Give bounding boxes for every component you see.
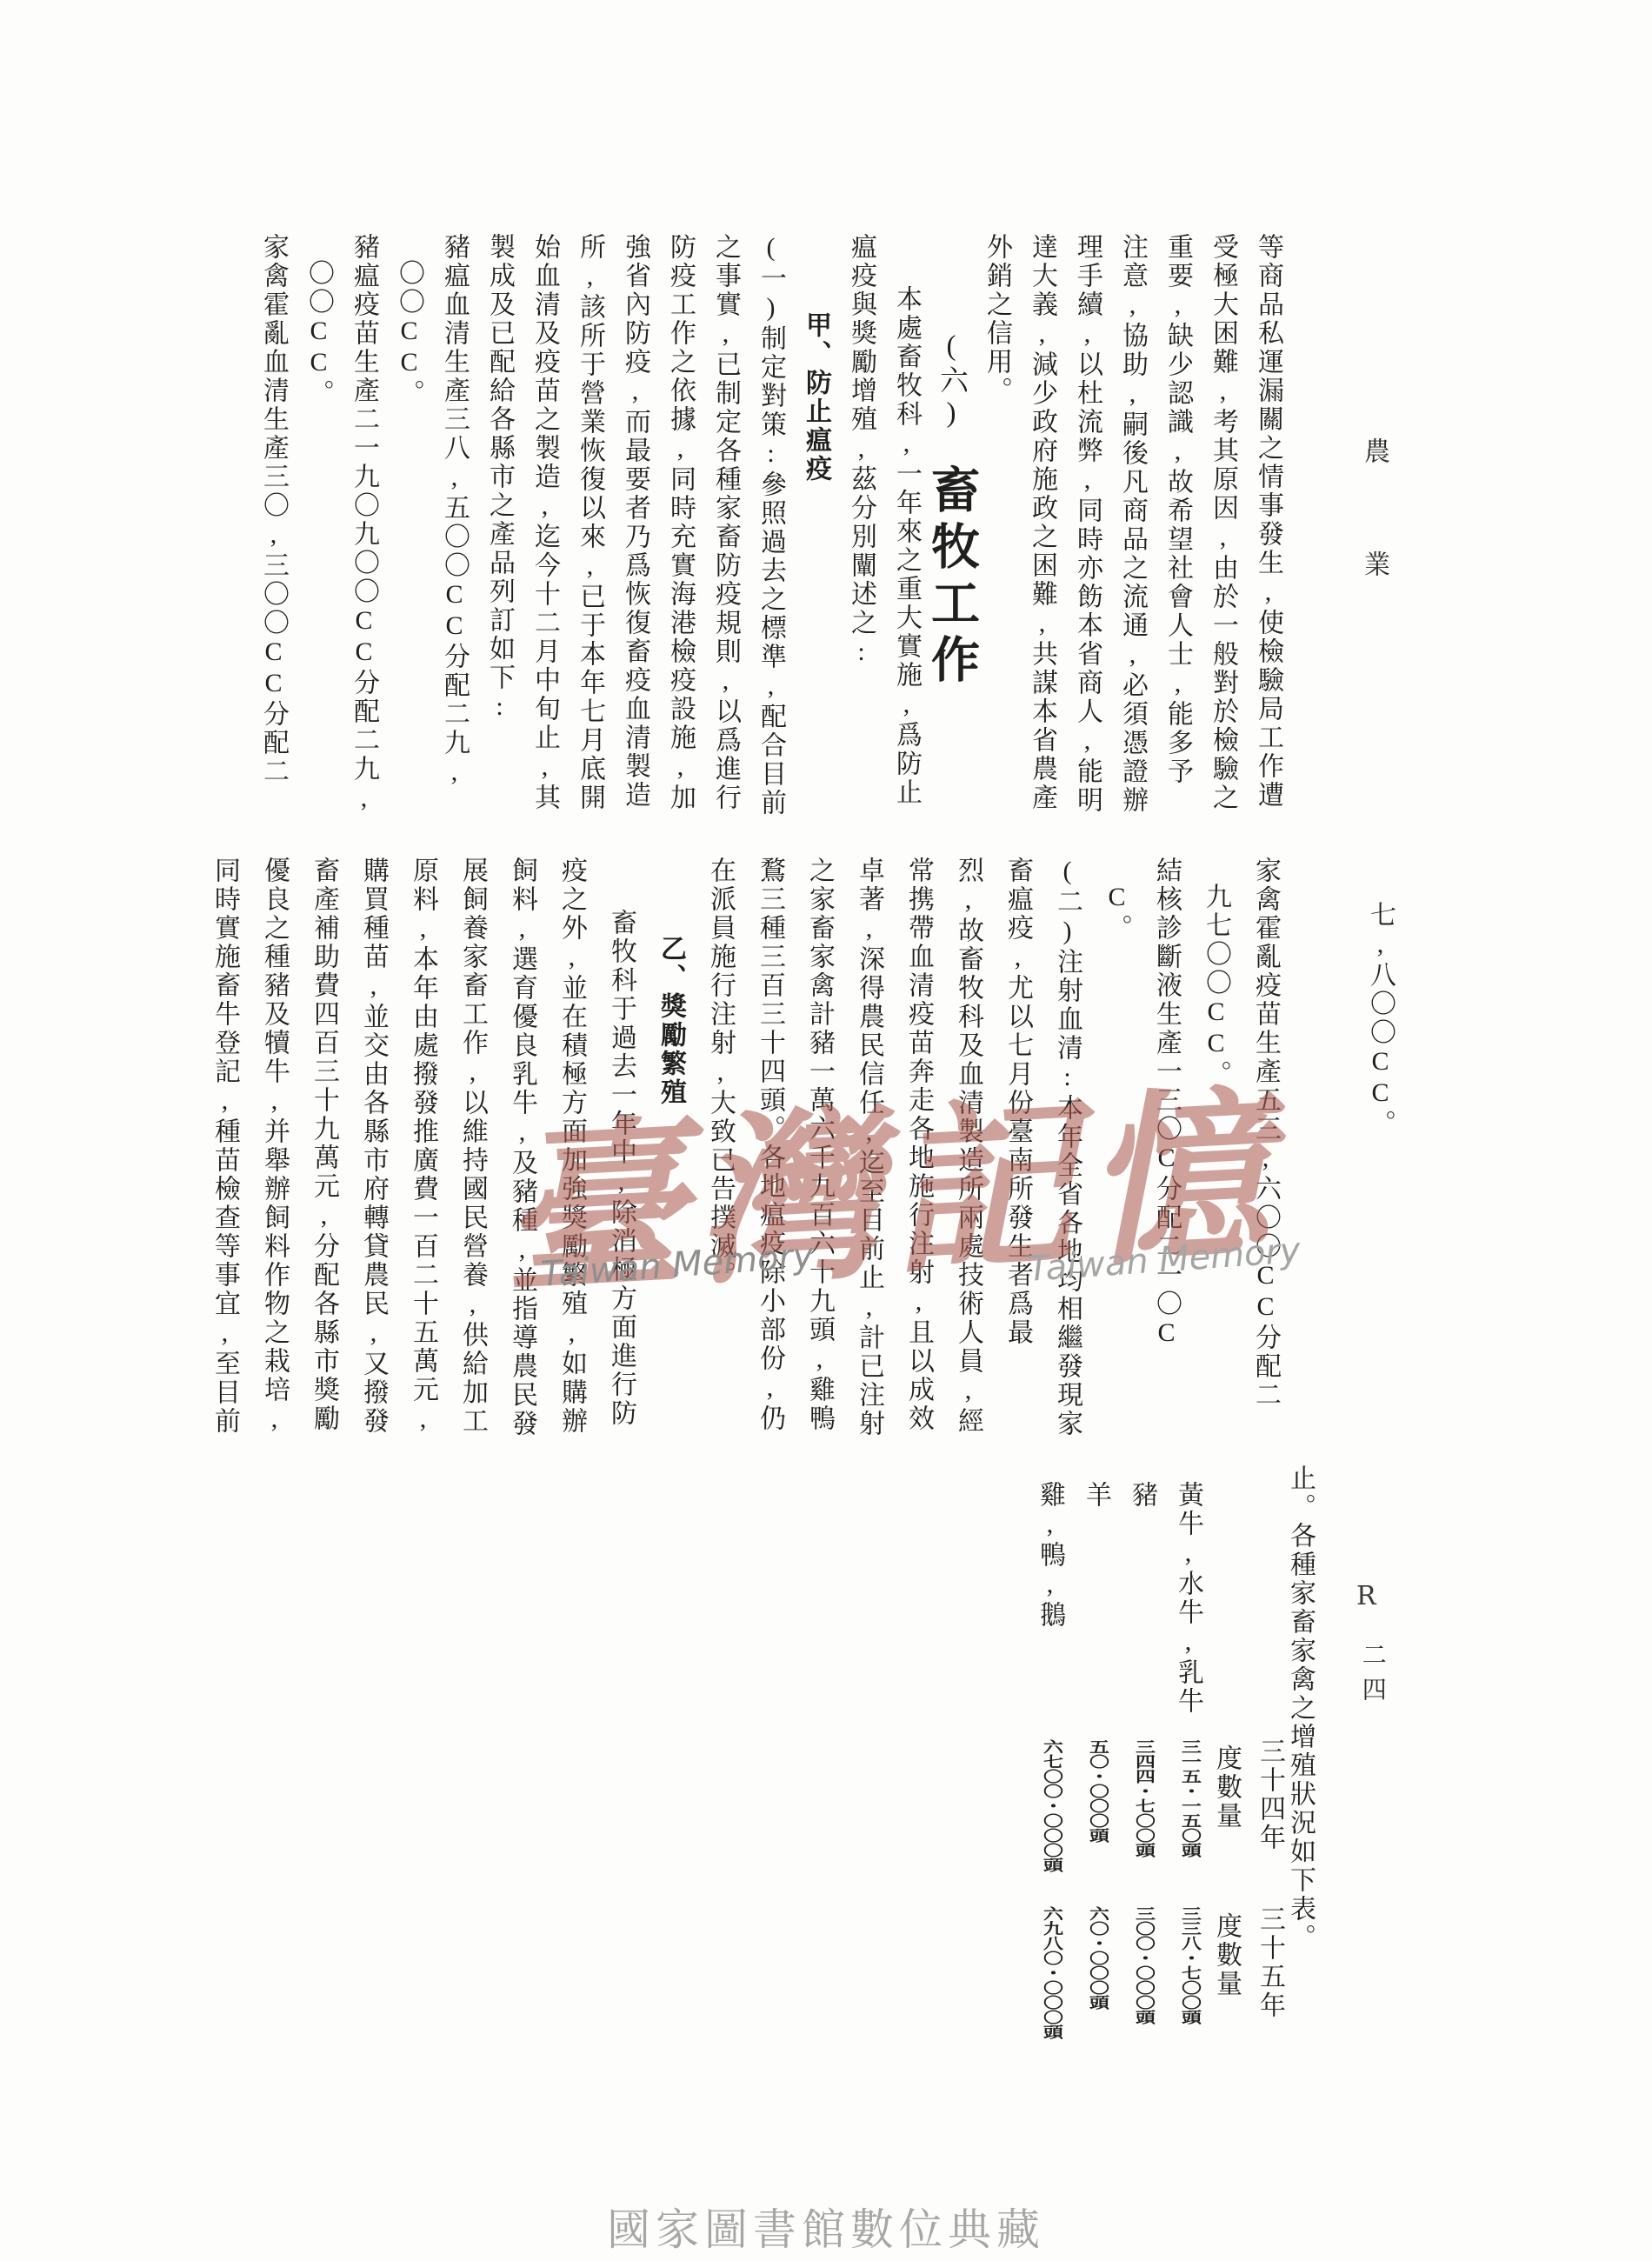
text-line: 展飼養家畜工作,以維持國民營養,供給加工 — [448, 857, 497, 1448]
section-title: 畜牧工作 — [924, 464, 978, 690]
archive-footer-caption: 國家圖書館數位典藏 — [607, 2195, 1045, 2258]
table-row-animal: 豬 — [1128, 1481, 1156, 1510]
table-row-animal: 黃牛,水牛,乳牛 — [1174, 1481, 1202, 1716]
text-line: 本處畜牧科,一年來之重大實施,爲防止 — [883, 233, 929, 833]
text-line: 優良之種豬及犢牛,并舉辦飼料作物之栽培, — [250, 857, 299, 1448]
scanned-document-page: 農業 等商品私運漏關之情事發生,使檢驗局工作遭受極大困難,考其原因,由於一般對於… — [0, 0, 1652, 2261]
text-line: 家禽霍亂血清生產三〇,三〇〇CC分配二 — [250, 233, 296, 833]
table-value-year34: 五〇・〇〇〇頭 — [1085, 1739, 1107, 1843]
table-value-year34: 六七〇〇・〇〇〇頭 — [1039, 1739, 1061, 1872]
table-value-year34: 三四四・七〇〇頭 — [1131, 1739, 1153, 1857]
margin-continuation-line: 七,八〇〇CC。 — [1366, 901, 1395, 1138]
text-line: 豬瘟疫苗生產二一九〇九〇〇CC分配二九, — [341, 233, 386, 833]
table-header-year35: 三十五年 — [1256, 1905, 1284, 2020]
text-line: 畜產補助費四百三十九萬元,分配各縣市獎勵 — [299, 857, 349, 1448]
text-line: 原料,本年由處撥發推廣費一百二十五萬元, — [398, 857, 448, 1448]
text-line: 同時實施畜牛登記,種苗檢查等事宜,至目前 — [200, 857, 250, 1448]
margin-chapter-label: 農業 — [1360, 437, 1389, 664]
text-line: 所,該所于營業恢復以來,已于本年七月底開 — [567, 233, 612, 833]
sub-heading: 甲、防止瘟疫 — [793, 233, 838, 833]
text-line: 理手續,以杜流弊,同時亦飭本省商人,能明 — [1064, 233, 1109, 833]
table-row-animal: 雞,鴨,鵝 — [1036, 1481, 1064, 1630]
page-number: 二四 — [1358, 1642, 1385, 1711]
table-header-year34: 三十四年 — [1256, 1737, 1284, 1852]
text-line: 豬瘟血清生產三八,五〇〇CC分配二九, — [431, 233, 476, 833]
text-line: 強省內防疫,而最要者乃爲恢復畜疫血清製造 — [612, 233, 657, 833]
text-line: 防疫工作之依據,同時充實海港檢疫設施,加 — [657, 233, 703, 833]
text-line: 始血清及疫苗之製造,迄今十二月中旬止,其 — [522, 233, 567, 833]
section-number: (六) — [936, 330, 967, 464]
table-header-year34-sub: 度數量 — [1212, 1744, 1241, 1831]
text-line: 外銷之信用。 — [974, 233, 1019, 833]
text-line: 等商品私運漏關之情事發生,使檢驗局工作遭 — [1245, 233, 1290, 833]
text-line: 〇〇CC。 — [386, 233, 431, 833]
table-value-year35: 三三八・七〇〇頭 — [1177, 1906, 1199, 2024]
table-row-animal: 羊 — [1082, 1481, 1110, 1510]
text-line: 注意,協助,嗣後凡商品之流通,必須憑證辦 — [1109, 233, 1155, 833]
table-value-year35: 三〇〇・〇〇〇頭 — [1131, 1906, 1153, 2024]
text-line: 之事實,已制定各種家畜防疫規則,以爲進行 — [703, 233, 748, 833]
text-line: 購買種苗,並交由各縣市府轉貸農民,又撥發 — [349, 857, 398, 1448]
table-header-year35-sub: 度數量 — [1212, 1912, 1241, 1998]
table-intro-line: 止。各種家畜家禽之增殖狀況如下表。 — [1286, 1464, 1315, 1952]
text-line: 製成及已配給各縣市之產品列訂如下: — [476, 233, 522, 833]
text-line: (一)制定對策:參照過去之標準,配合目前 — [748, 233, 793, 833]
section-heading: (六) 畜牧工作 — [929, 233, 974, 833]
table-value-year35: 六〇・〇〇〇頭 — [1085, 1906, 1107, 2010]
text-line: 瘟疫與獎勵增殖,茲分別闡述之: — [838, 233, 883, 833]
text-register-top: 等商品私運漏關之情事發生,使檢驗局工作遭受極大困難,考其原因,由於一般對於檢驗之… — [250, 233, 1290, 833]
text-line: 重要,缺少認識,故希望社會人士,能多予 — [1155, 233, 1200, 833]
text-line: 達大義,減少政府施政之困難,共謀本省農產 — [1019, 233, 1064, 833]
table-value-year34: 三一五・一五〇頭 — [1177, 1739, 1199, 1857]
page-marker: R — [1356, 1581, 1376, 1611]
table-value-year35: 六九八〇・〇〇〇頭 — [1039, 1906, 1061, 2039]
text-line: 〇〇CC。 — [296, 233, 341, 833]
text-line: 受極大困難,考其原因,由於一般對於檢驗之 — [1200, 233, 1245, 833]
